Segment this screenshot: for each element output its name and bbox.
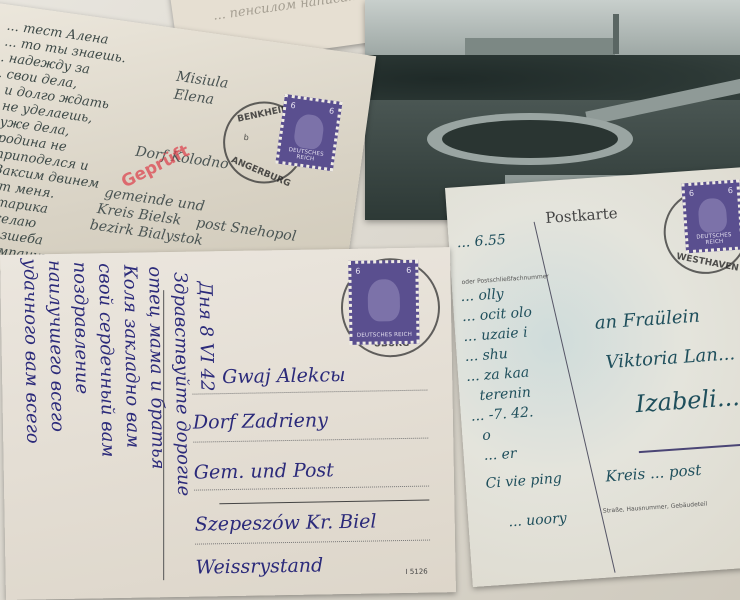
stamp-value: 6: [406, 266, 411, 275]
address-line: Viktoria Lan...: [605, 343, 736, 373]
photo-pond-water: [442, 120, 618, 158]
postkarte-title: Postkarte: [545, 204, 618, 227]
stamp-value: 6: [290, 101, 296, 111]
handwriting-line: ... uoory: [508, 510, 567, 530]
handwriting-line: Kreis ... post: [605, 461, 702, 486]
address-line: Szepeszów Kr. Biel: [195, 510, 377, 535]
postmark-bottom-text: WESTHAVEN: [675, 252, 739, 274]
address-dotted-line: [193, 438, 428, 443]
address-dotted-line: [195, 540, 430, 545]
message-line: поздравление: [69, 261, 92, 394]
message-line: наилучшего всего: [44, 260, 68, 432]
handwriting-line: ... uzaie i: [463, 325, 528, 345]
printed-label: Straße, Hausnummer, Gebäudeteil: [603, 500, 708, 514]
handwriting-line: Ci vie ping: [485, 471, 562, 492]
handwriting-line: ... olly: [460, 286, 504, 305]
handwriting-line: ... er: [483, 446, 517, 464]
card-divider-line: [163, 290, 164, 580]
handwriting-line: ... za kaa: [466, 365, 530, 385]
pencil-handwriting: ... пенсилом написан ...: [212, 0, 374, 24]
address-line: Elena: [173, 87, 215, 108]
address-underline: [639, 439, 740, 454]
stamp-label: DEUTSCHES REICH: [690, 232, 739, 247]
printed-label: oder Postschließfachnummer: [461, 273, 549, 286]
stamp-value: 6: [727, 186, 733, 195]
postage-stamp: 6 6 DEUTSCHES REICH: [275, 94, 342, 171]
stamp-value: 6: [689, 189, 695, 198]
stamp-portrait: [293, 113, 325, 151]
address-dotted-line: [194, 486, 429, 491]
postcard-front-left: Дня 8 VI 42 Здравствуйте дорогие отец ма…: [0, 247, 456, 600]
stamp-value: 6: [328, 106, 334, 116]
message-line: отец мама и братья: [144, 266, 169, 470]
address-line: Gwaj Alekсы: [222, 364, 346, 388]
address-line: Weissrystand: [195, 554, 323, 578]
postage-stamp: 6 6 DEUTSCHES REICH: [681, 179, 740, 253]
message-line: Здравствуйте дорогие: [169, 272, 194, 497]
address-line: an Fraülein: [594, 306, 700, 334]
handwriting-line: ... 6.55: [456, 232, 506, 251]
handwriting-line: ... -7. 42.: [470, 404, 534, 424]
stamp-label: DEUTSCHES REICH: [281, 146, 330, 165]
handwriting-line: ... ocit olo: [461, 304, 532, 325]
stamp-portrait: [697, 197, 727, 233]
postage-stamp: 6 6 DEUTSCHES REICH: [348, 260, 419, 345]
stamp-value: 6: [355, 267, 360, 276]
address-dotted-line: [192, 390, 427, 395]
message-line: Коля закладно вам: [119, 265, 143, 449]
handwriting-line: ... shu: [464, 346, 508, 365]
stamp-portrait: [367, 279, 400, 322]
address-line: post Snehopol: [195, 215, 297, 245]
handwriting-line: o: [482, 427, 492, 444]
address-line: Izabeli...: [635, 383, 740, 418]
stamp-label: DEUTSCHES REICH: [354, 332, 414, 339]
postmark-mark: b: [243, 133, 249, 143]
message-line: удачного вам всего: [19, 258, 43, 443]
address-line: Gem. und Post: [194, 459, 334, 483]
address-line: Dorf Zadrieny: [193, 409, 328, 433]
postcards-photo: ... пенсилом написан ... ... / Teinkus .…: [0, 0, 740, 600]
photo-chimney: [613, 14, 619, 54]
handwriting-line: terenin: [479, 385, 531, 405]
message-line: свой сердечный вам: [94, 263, 118, 458]
print-code: I 5126: [406, 568, 428, 576]
address-solid-line: [219, 500, 429, 505]
postkarte-card: Postkarte ... 6.55 oder Postschließfachn…: [445, 166, 740, 587]
date-line: Дня 8 VI 42: [194, 281, 217, 391]
